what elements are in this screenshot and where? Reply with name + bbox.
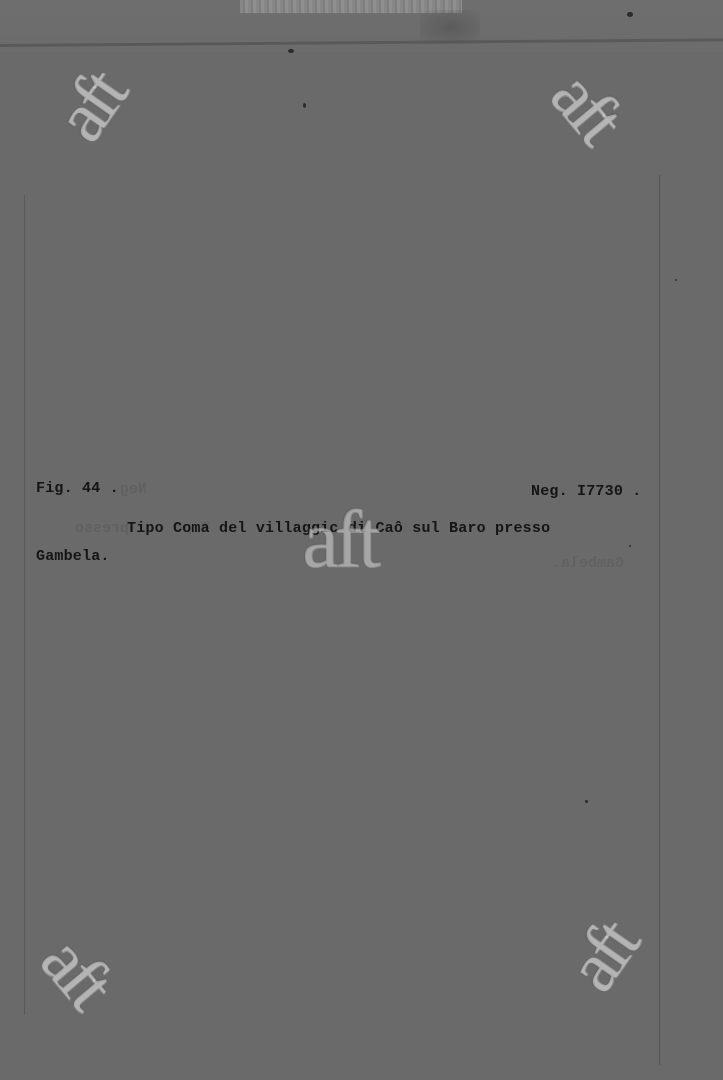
watermark-center: aft (302, 498, 376, 580)
dust-speck (629, 545, 631, 547)
negative-number: Neg. I7730 . (531, 483, 641, 500)
tape-stain (420, 10, 480, 44)
bleed-through-text: Neg (120, 481, 147, 498)
watermark-top-right: aft (539, 58, 635, 153)
right-margin-rule (659, 175, 660, 1065)
dust-speck (675, 279, 677, 281)
dust-speck (627, 12, 633, 17)
scanned-card: Neg Tipo ... presso Gambela. Fig. 44 . N… (0, 0, 723, 1080)
bleed-through-text: Gambela. (552, 555, 624, 572)
left-margin-rule (24, 195, 25, 1015)
watermark-top-left: aft (42, 59, 138, 153)
dust-speck (303, 103, 306, 108)
watermark-bottom-right: aft (554, 909, 650, 1003)
caption-line-2: Gambela. (36, 548, 110, 565)
figure-number: Fig. 44 . (36, 480, 119, 497)
watermark-bottom-left: aft (29, 923, 125, 1018)
dust-speck (288, 49, 294, 53)
dust-speck (585, 800, 588, 803)
